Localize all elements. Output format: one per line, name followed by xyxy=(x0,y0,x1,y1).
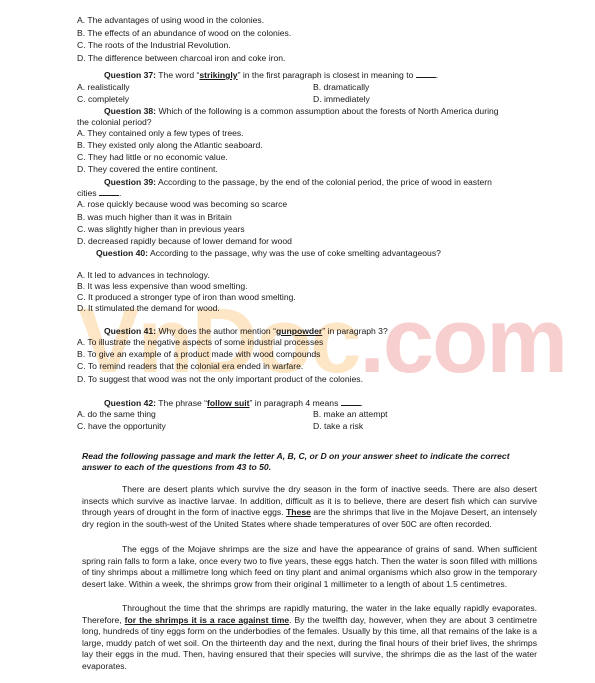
q36-option-c: C. The roots of the Industrial Revolutio… xyxy=(77,40,231,51)
q41-option-c: C. To remind readers that the colonial e… xyxy=(77,361,303,372)
q39-label: Question 39: xyxy=(104,177,156,187)
q41-stem: Question 41: Why does the author mention… xyxy=(104,326,388,337)
q36-option-b: B. The effects of an abundance of wood o… xyxy=(77,28,291,39)
q37-label: Question 37: xyxy=(104,70,156,80)
q38-stem-cont: the colonial period? xyxy=(77,117,152,128)
q39-option-a: A. rose quickly because wood was becomin… xyxy=(77,199,287,210)
q41-option-b: B. To give an example of a product made … xyxy=(77,349,320,360)
q38-stem: Question 38: Which of the following is a… xyxy=(104,106,499,117)
q39-option-d: D. decreased rapidly because of lower de… xyxy=(77,236,292,247)
q41-keyword: gunpowder xyxy=(276,326,322,336)
q40-option-a: A. It led to advances in technology. xyxy=(77,270,210,281)
q40-stem: Question 40: According to the passage, w… xyxy=(96,248,441,259)
q40-option-c: C. It produced a stronger type of iron t… xyxy=(77,292,296,303)
q42-label: Question 42: xyxy=(104,398,156,408)
passage-paragraph-1: There are desert plants which survive th… xyxy=(82,484,537,530)
q36-option-a: A. The advantages of using wood in the c… xyxy=(77,15,264,26)
q42-stem: Question 42: The phrase “follow suit” in… xyxy=(104,398,363,409)
q42-option-b: B. make an attempt xyxy=(313,409,388,420)
q40-option-d: D. It stimulated the demand for wood. xyxy=(77,303,220,314)
q38-option-c: C. They had little or no economic value. xyxy=(77,152,228,163)
q39-stem: Question 39: According to the passage, b… xyxy=(104,177,492,188)
q38-option-d: D. They covered the entire continent. xyxy=(77,164,218,175)
q42-option-c: C. have the opportunity xyxy=(77,421,166,432)
q36-option-d: D. The difference between charcoal iron … xyxy=(77,53,285,64)
q38-option-a: A. They contained only a few types of tr… xyxy=(77,128,244,139)
q38-option-b: B. They existed only along the Atlantic … xyxy=(77,140,263,151)
q39-option-c: C. was slightly higher than in previous … xyxy=(77,224,245,235)
q37-stem: Question 37: The word “strikingly” in th… xyxy=(104,70,438,81)
q40-label: Question 40: xyxy=(96,248,148,258)
q41-option-a: A. To illustrate the negative aspects of… xyxy=(77,337,323,348)
q37-option-d: D. immediately xyxy=(313,94,370,105)
answer-blank xyxy=(99,188,119,196)
q37-option-b: B. dramatically xyxy=(313,82,369,93)
answer-blank xyxy=(341,398,361,406)
q41-option-d: D. To suggest that wood was not the only… xyxy=(77,374,363,385)
passage-paragraph-2: The eggs of the Mojave shrimps are the s… xyxy=(82,544,537,590)
q39-option-b: B. was much higher than it was in Britai… xyxy=(77,212,232,223)
q42-option-d: D. take a risk xyxy=(313,421,363,432)
passage-paragraph-3: Throughout the time that the shrimps are… xyxy=(82,603,537,673)
q41-label: Question 41: xyxy=(104,326,156,336)
q39-stem-cont: cities . xyxy=(77,188,121,199)
q37-option-a: A. realistically xyxy=(77,82,130,93)
q42-keyword: follow suit xyxy=(207,398,250,408)
q42-option-a: A. do the same thing xyxy=(77,409,156,420)
passage-keyword-race: for the shrimps it is a race against tim… xyxy=(125,615,289,625)
q37-option-c: C. completely xyxy=(77,94,129,105)
q37-keyword: strikingly xyxy=(199,70,237,80)
answer-blank xyxy=(416,70,436,78)
q40-option-b: B. It was less expensive than wood smelt… xyxy=(77,281,248,292)
passage-keyword-these: These xyxy=(286,507,311,517)
watermark-domain: .com xyxy=(359,290,566,392)
q38-label: Question 38: xyxy=(104,106,156,116)
section-instruction: Read the following passage and mark the … xyxy=(82,451,537,473)
